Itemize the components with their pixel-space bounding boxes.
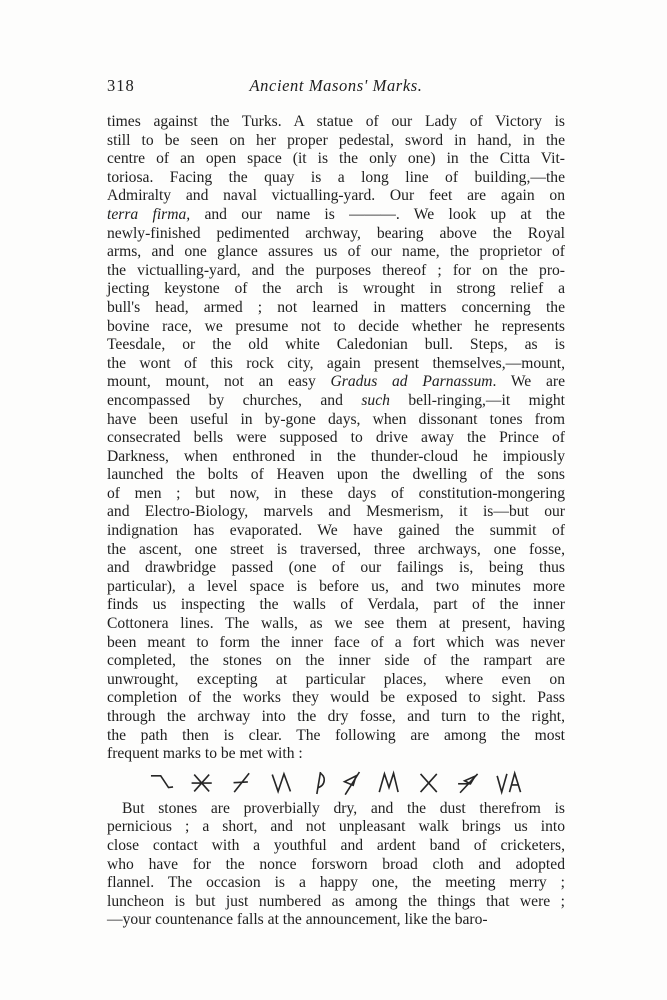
text-line: the ascent, one street is traversed, thr… bbox=[107, 541, 565, 560]
text-line: times against the Turks. A statue of our… bbox=[107, 113, 565, 132]
text-segment: mount, mount, not an easy bbox=[107, 373, 330, 390]
paragraph-1: times against the Turks. A statue of our… bbox=[107, 113, 565, 764]
mason-mark-double-v-zigzag bbox=[269, 770, 295, 796]
text-line: finds us inspecting the walls of Verdala… bbox=[107, 596, 565, 615]
text-line: consecrated bells were supposed to drive… bbox=[107, 429, 565, 448]
text-segment: flannel. The occasion is a happy one, th… bbox=[107, 874, 565, 891]
text-segment: and our name is ———. We look up at the bbox=[190, 206, 565, 223]
text-segment: encompassed by churches, and bbox=[107, 392, 361, 409]
mason-mark-barred-slash bbox=[229, 770, 255, 796]
mason-mark-step-zigzag bbox=[149, 770, 175, 796]
text-line: completion of the works they would be ex… bbox=[107, 689, 565, 708]
text-segment: completed, the stones on the inner side … bbox=[107, 652, 565, 669]
text-line: and Electro-Biology, marvels and Mesmeri… bbox=[107, 503, 565, 522]
mason-mark-rotated-a bbox=[456, 770, 481, 796]
text-line: pernicious ; a short, and not unpleasant… bbox=[107, 818, 565, 837]
text-segment: finds us inspecting the walls of Verdala… bbox=[107, 596, 565, 613]
text-segment: bell-ringing,—it might bbox=[390, 392, 565, 409]
text-segment: Admiralty and naval victualling-yard. Ou… bbox=[107, 187, 565, 204]
text-line: Teesdale, or the old white Caledonian bu… bbox=[107, 336, 565, 355]
text-segment: still to be seen on her proper pedestal,… bbox=[107, 132, 565, 149]
text-segment: close contact with a youthful and ardent… bbox=[107, 837, 565, 854]
text-segment: —your countenance falls at the announcem… bbox=[107, 911, 488, 928]
text-segment: pernicious ; a short, and not unpleasant… bbox=[107, 818, 565, 835]
text-segment: launched the bolts of Heaven upon the dw… bbox=[107, 466, 565, 483]
text-segment: and drawbridge passed (one of our failin… bbox=[107, 559, 565, 576]
text-line: particular), a level space is before us,… bbox=[107, 578, 565, 597]
mason-mark-x-cross bbox=[416, 770, 442, 796]
text-line: of men ; but now, in these days of const… bbox=[107, 485, 565, 504]
text-line: close contact with a youthful and ardent… bbox=[107, 837, 565, 856]
text-line: centre of an open space (it is the only … bbox=[107, 150, 565, 169]
text-segment: the path then is clear. The following ar… bbox=[107, 727, 565, 744]
mason-mark-va-monogram bbox=[495, 770, 524, 796]
text-segment: arms, and one glance assures us of our n… bbox=[107, 243, 565, 260]
text-line: —your countenance falls at the announcem… bbox=[107, 911, 565, 930]
text-block: times against the Turks. A statue of our… bbox=[107, 113, 565, 930]
text-segment: unwrought, excepting at particular place… bbox=[107, 671, 565, 688]
text-segment: jecting keystone of the arch is wrought … bbox=[107, 280, 565, 297]
italic-text: such bbox=[361, 392, 390, 409]
text-segment: toriosa. Facing the quay is a long line … bbox=[107, 169, 565, 186]
text-segment: indignation has evaporated. We have gain… bbox=[107, 522, 565, 539]
running-title: Ancient Masons' Marks. bbox=[107, 76, 565, 96]
text-line: Darkness, when enthroned in the thunder-… bbox=[107, 448, 565, 467]
italic-text: Gradus ad Parnassum bbox=[330, 373, 492, 390]
text-line: through the archway into the dry fosse, … bbox=[107, 708, 565, 727]
text-segment: particular), a level space is before us,… bbox=[107, 578, 565, 595]
text-segment: and Electro-Biology, marvels and Mesmeri… bbox=[107, 503, 565, 520]
text-line: frequent marks to be met with : bbox=[107, 745, 565, 764]
text-segment: of men ; but now, in these days of const… bbox=[107, 485, 565, 502]
text-line: arms, and one glance assures us of our n… bbox=[107, 243, 565, 262]
text-segment: Darkness, when enthroned in the thunder-… bbox=[107, 448, 565, 465]
text-segment: Cottonera lines. The walls, as we see th… bbox=[107, 615, 565, 632]
text-line: the victualling-yard, and the purposes t… bbox=[107, 262, 565, 281]
text-segment: completion of the works they would be ex… bbox=[107, 689, 565, 706]
page-header: 318 Ancient Masons' Marks. bbox=[107, 76, 565, 96]
text-segment: . We are bbox=[493, 373, 566, 390]
text-line: toriosa. Facing the quay is a long line … bbox=[107, 169, 565, 188]
mason-mark-crossed-x bbox=[189, 770, 215, 796]
text-line: newly-finished pedimented archway, beari… bbox=[107, 225, 565, 244]
text-line: the wont of this rock city, again presen… bbox=[107, 355, 565, 374]
mason-mark-flag-on-pole bbox=[340, 770, 362, 796]
text-segment: have been useful in by-gone days, when d… bbox=[107, 411, 565, 428]
page-number: 318 bbox=[107, 76, 135, 96]
text-segment: through the archway into the dry fosse, … bbox=[107, 708, 565, 725]
text-segment: who have for the nonce forsworn broad cl… bbox=[107, 856, 565, 873]
mason-mark-slanted-d bbox=[309, 770, 326, 796]
text-segment: the wont of this rock city, again presen… bbox=[107, 355, 565, 372]
text-segment: But stones are proverbially dry, and the… bbox=[122, 800, 565, 817]
text-line: the path then is clear. The following ar… bbox=[107, 727, 565, 746]
text-line: indignation has evaporated. We have gain… bbox=[107, 522, 565, 541]
text-line: But stones are proverbially dry, and the… bbox=[107, 800, 565, 819]
text-line: who have for the nonce forsworn broad cl… bbox=[107, 856, 565, 875]
text-line: unwrought, excepting at particular place… bbox=[107, 671, 565, 690]
text-line: completed, the stones on the inner side … bbox=[107, 652, 565, 671]
text-segment: luncheon is but just numbered as among t… bbox=[107, 893, 565, 910]
text-segment: Teesdale, or the old white Caledonian bu… bbox=[107, 336, 565, 353]
text-line: encompassed by churches, and such bell-r… bbox=[107, 392, 565, 411]
italic-text: terra firma, bbox=[107, 206, 190, 223]
text-line: jecting keystone of the arch is wrought … bbox=[107, 280, 565, 299]
text-segment: consecrated bells were supposed to drive… bbox=[107, 429, 565, 446]
text-line: Admiralty and naval victualling-yard. Ou… bbox=[107, 187, 565, 206]
text-line: bull's head, armed ; not learned in matt… bbox=[107, 299, 565, 318]
text-line: have been useful in by-gone days, when d… bbox=[107, 411, 565, 430]
masons-marks-row bbox=[107, 769, 565, 797]
text-segment: frequent marks to be met with : bbox=[107, 745, 303, 762]
text-line: flannel. The occasion is a happy one, th… bbox=[107, 874, 565, 893]
text-segment: the victualling-yard, and the purposes t… bbox=[107, 262, 565, 279]
mason-mark-m-peaks bbox=[376, 770, 402, 796]
text-line: still to be seen on her proper pedestal,… bbox=[107, 132, 565, 151]
paragraph-2: But stones are proverbially dry, and the… bbox=[107, 800, 565, 930]
text-line: been meant to form the inner face of a f… bbox=[107, 634, 565, 653]
text-segment: been meant to form the inner face of a f… bbox=[107, 634, 565, 651]
text-segment: centre of an open space (it is the only … bbox=[107, 150, 565, 167]
text-line: Cottonera lines. The walls, as we see th… bbox=[107, 615, 565, 634]
text-line: terra firma, and our name is ———. We loo… bbox=[107, 206, 565, 225]
text-line: luncheon is but just numbered as among t… bbox=[107, 893, 565, 912]
text-line: bovine race, we presume not to decide wh… bbox=[107, 318, 565, 337]
text-segment: newly-finished pedimented archway, beari… bbox=[107, 225, 565, 242]
book-page: 318 Ancient Masons' Marks. times against… bbox=[0, 0, 667, 1000]
text-segment: bovine race, we presume not to decide wh… bbox=[107, 318, 565, 335]
text-line: launched the bolts of Heaven upon the dw… bbox=[107, 466, 565, 485]
text-segment: times against the Turks. A statue of our… bbox=[107, 113, 565, 130]
text-line: mount, mount, not an easy Gradus ad Parn… bbox=[107, 373, 565, 392]
text-segment: the ascent, one street is traversed, thr… bbox=[107, 541, 565, 558]
text-segment: bull's head, armed ; not learned in matt… bbox=[107, 299, 565, 316]
text-line: and drawbridge passed (one of our failin… bbox=[107, 559, 565, 578]
